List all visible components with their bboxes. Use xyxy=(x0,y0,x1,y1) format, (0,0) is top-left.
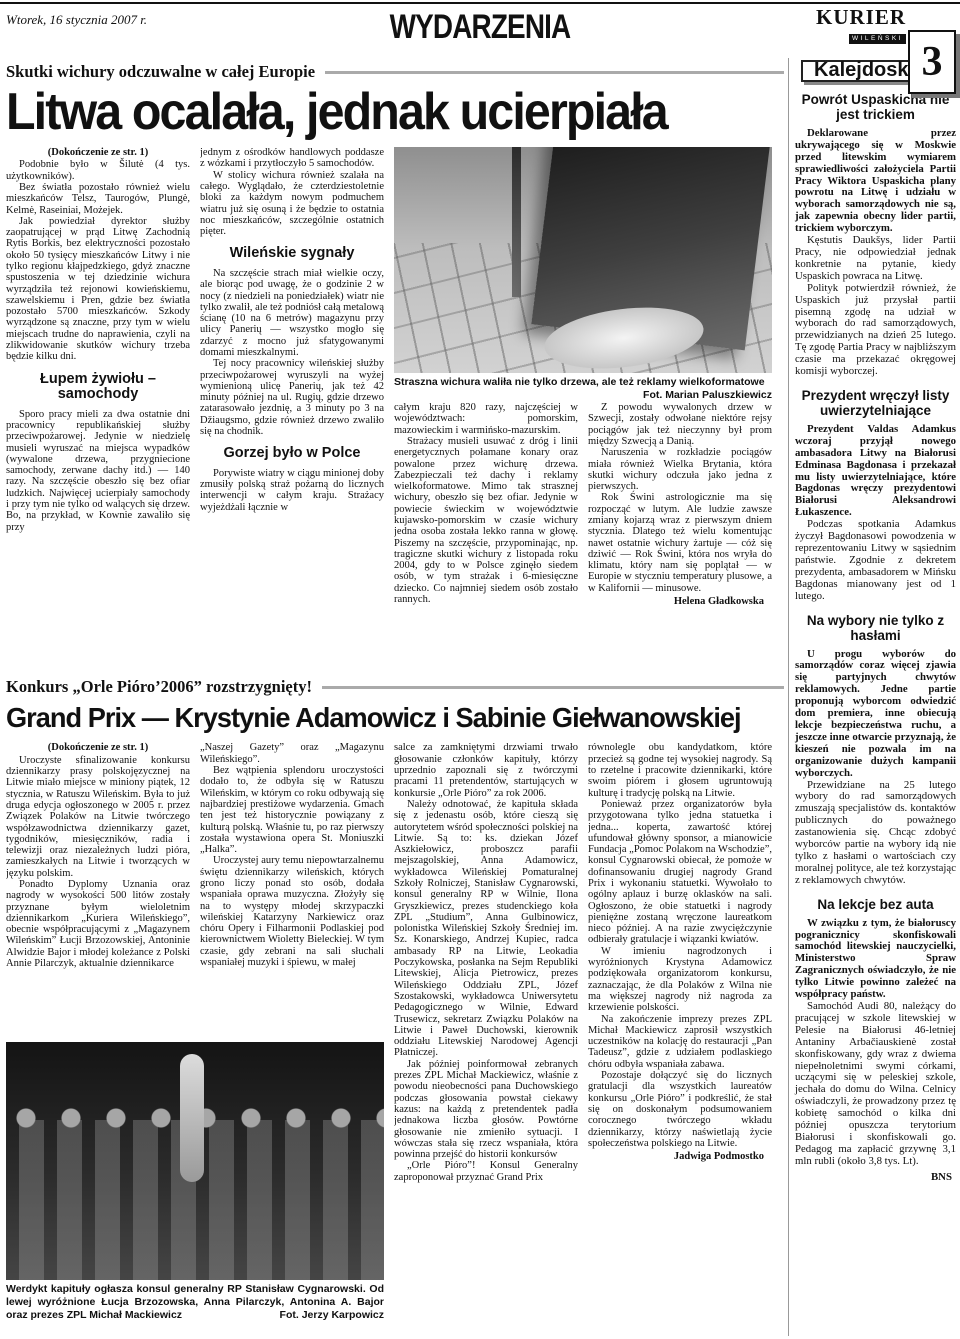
paragraph: Ponadto Dyplomy Uznania oraz nagrody w w… xyxy=(6,879,190,969)
article-contest: Konkurs „Orle Pióro’2006” rozstrzygnięty… xyxy=(6,677,784,1336)
paragraph: Kęstutis Daukšys, lider Partii Pracy, ni… xyxy=(795,235,956,283)
article1-column-3: całym kraju 820 razy, najczęściej w woje… xyxy=(394,402,578,654)
statuette xyxy=(180,1054,204,1182)
paragraph: Uroczyste sfinalizowanie konkursu dzienn… xyxy=(6,755,190,879)
masthead-date: Wtorek, 16 stycznia 2007 r. xyxy=(6,12,147,28)
sidebar-subhead: Prezydent wręczył listy uwierzytelniając… xyxy=(797,388,954,418)
byline: BNS xyxy=(795,1172,956,1184)
paragraph: Naruszenia w rozkładzie pociągów miała r… xyxy=(588,447,772,492)
page-body: Skutki wichury odczuwalne w całej Europi… xyxy=(0,54,960,1336)
paragraph: Na zakończenie imprezy prezes ZPL Michał… xyxy=(588,1014,772,1070)
article1-right-half: Straszna wichura waliła nie tylko drzewa… xyxy=(394,147,772,669)
paragraph: Jak powiedział dyrektor służby zaopatruj… xyxy=(6,216,190,363)
paragraph: Sporo pracy mieli za dwa ostatnie dni pr… xyxy=(6,409,190,533)
article2-kicker-row: Konkurs „Orle Pióro’2006” rozstrzygnięty… xyxy=(6,677,784,697)
paragraph: jednym z ośrodków handlowych poddasze z … xyxy=(200,147,384,170)
storm-photo xyxy=(394,147,772,373)
photo-caption: Straszna wichura waliła nie tylko drzewa… xyxy=(394,376,772,389)
paragraph: Ponieważ przez organizatorów była przygo… xyxy=(588,799,772,946)
paragraph: Jak później poinformował zebranych preze… xyxy=(394,1059,578,1161)
paragraph: W imieniu nagrodzonych i wyróżnionych Kr… xyxy=(588,946,772,1014)
logo-wilenski: WILEŃSKI xyxy=(849,34,906,44)
paragraph: Polityk potwierdził również, że Uspaskic… xyxy=(795,283,956,378)
article2-columns: (Dokończenie ze str. 1) Uroczyste sfinal… xyxy=(6,742,784,1336)
article1-headline: Litwa ocalała, jednak ucierpiała xyxy=(6,86,730,139)
article1-kicker-row: Skutki wichury odczuwalne w całej Europi… xyxy=(6,62,784,82)
article-storm: Skutki wichury odczuwalne w całej Europi… xyxy=(6,62,784,669)
section-subhead: Wileńskie sygnały xyxy=(206,246,378,262)
paragraph: Strażacy musieli usuwać z dróg i linii e… xyxy=(394,436,578,605)
paragraph: „Orle Pióro”! Konsul Generalny zapropono… xyxy=(394,1160,578,1183)
kalejdoskop-sidebar: Kalejdoskop Powrót Uspaskicha nie jest t… xyxy=(791,54,958,1336)
paragraph: Na szczęście strach miał wielkie oczy, a… xyxy=(200,268,384,358)
paragraph: Z powodu wywalonych drzew w Szwecji, zos… xyxy=(588,402,772,447)
section-subhead: Gorzej było w Polce xyxy=(206,446,378,462)
sidebar-subhead: Na lekcje bez auta xyxy=(797,897,954,912)
section-title: WYDARZENIA xyxy=(390,8,571,47)
paragraph: Należy odnotować, że kapituła składa się… xyxy=(394,799,578,1059)
paragraph: W stolicy wichura również szalała na cał… xyxy=(200,170,384,238)
byline: Helena Gładkowska xyxy=(588,596,772,607)
sidebar-lead: U progu wyborów do samorządów coraz więc… xyxy=(795,649,956,780)
section-subhead: Łupem żywiołu – samochody xyxy=(12,372,184,403)
sidebar-subhead: Powrót Uspaskicha nie jest trickiem xyxy=(797,92,954,122)
article1-column-2: jednym z ośrodków handlowych poddasze z … xyxy=(200,147,384,669)
continuation-note: (Dokończenie ze str. 1) xyxy=(6,742,190,753)
article2-column-4: równolegle obu kandydatkom, które przeci… xyxy=(588,742,772,1336)
article2-column-2: „Naszej Gazety” oraz „Magazynu Wileńskie… xyxy=(200,742,384,1042)
paragraph: całym kraju 820 razy, najczęściej w woje… xyxy=(394,402,578,436)
paragraph: Podobnie było w Šilutė (4 tys. użytkowni… xyxy=(6,159,190,182)
newspaper-page: Wtorek, 16 stycznia 2007 r. WYDARZENIA K… xyxy=(0,0,960,1339)
article2-top-columns: (Dokończenie ze str. 1) Uroczyste sfinal… xyxy=(6,742,384,1042)
byline: Jadwiga Podmostko xyxy=(588,1151,772,1162)
paragraph: Porywiste wiatry w ciągu minionej doby z… xyxy=(200,468,384,513)
sidebar-lead: Prezydent Valdas Adamkus wczoraj przyjął… xyxy=(795,424,956,519)
newspaper-logo: KURIER WILEŃSKI xyxy=(816,7,906,45)
sidebar-lead: Deklarowane przez ukrywającego się w Mos… xyxy=(795,128,956,235)
article2-left-half: (Dokończenie ze str. 1) Uroczyste sfinal… xyxy=(6,742,384,1336)
sidebar-subhead: Na wybory nie tylko z hasłami xyxy=(797,613,954,643)
main-content: Skutki wichury odczuwalne w całej Europi… xyxy=(2,54,784,1336)
masthead: Wtorek, 16 stycznia 2007 r. WYDARZENIA K… xyxy=(0,4,960,54)
paragraph: równolegle obu kandydatkom, które przeci… xyxy=(588,742,772,798)
ceremony-photo xyxy=(6,1042,384,1280)
kicker-rule xyxy=(325,71,784,74)
logo-kurier: KURIER xyxy=(816,7,906,27)
article2-kicker: Konkurs „Orle Pióro’2006” rozstrzygnięty… xyxy=(6,677,312,697)
paragraph: Tej nocy pracownicy wileńskiej służby pr… xyxy=(200,358,384,437)
sidebar-divider xyxy=(788,58,789,1336)
paragraph: Przewidziane na 25 lutego wybory do rad … xyxy=(795,780,956,887)
article1-columns: (Dokończenie ze str. 1) Podobnie było w … xyxy=(6,147,784,669)
article1-sub-columns: całym kraju 820 razy, najczęściej w woje… xyxy=(394,402,772,654)
paragraph: Rok Świni astrologicznie ma się rozpoczą… xyxy=(588,492,772,594)
paragraph: Bez wątpienia splendoru uroczystości dod… xyxy=(200,765,384,855)
article2-column-3: salce za zamkniętymi drzwiami trwało gło… xyxy=(394,742,578,1336)
paragraph: Samochód Audi 80, należący do pracującej… xyxy=(795,1001,956,1168)
paragraph: Podczas spotkania Adamkus życzył Bagdona… xyxy=(795,519,956,602)
sidebar-lead: W związku z tym, że białoruscy pogranicz… xyxy=(795,918,956,1001)
paragraph: Pozostaje dołączyć się do licznych gratu… xyxy=(588,1070,772,1149)
article1-kicker: Skutki wichury odczuwalne w całej Europi… xyxy=(6,62,315,82)
paragraph: salce za zamkniętymi drzwiami trwało gło… xyxy=(394,742,578,798)
paragraph: „Naszej Gazety” oraz „Magazynu Wileńskie… xyxy=(200,742,384,765)
paragraph: Bez światła pozostało również wielu mies… xyxy=(6,182,190,216)
kicker-rule xyxy=(322,686,784,689)
article2-headline: Grand Prix — Krystynie Adamowicz i Sabin… xyxy=(6,703,761,732)
paragraph: Uroczystej aury temu niepowtarzalnemu św… xyxy=(200,855,384,968)
article1-column-4: Z powodu wywalonych drzew w Szwecji, zos… xyxy=(588,402,772,654)
photo-credit: Fot. Marian Paluszkiewicz xyxy=(394,389,772,402)
article1-column-1: (Dokończenie ze str. 1) Podobnie było w … xyxy=(6,147,190,669)
page-number: 3 xyxy=(908,30,956,94)
continuation-note: (Dokończenie ze str. 1) xyxy=(6,147,190,158)
billboard-pole xyxy=(512,147,521,297)
article2-column-1: (Dokończenie ze str. 1) Uroczyste sfinal… xyxy=(6,742,190,1042)
